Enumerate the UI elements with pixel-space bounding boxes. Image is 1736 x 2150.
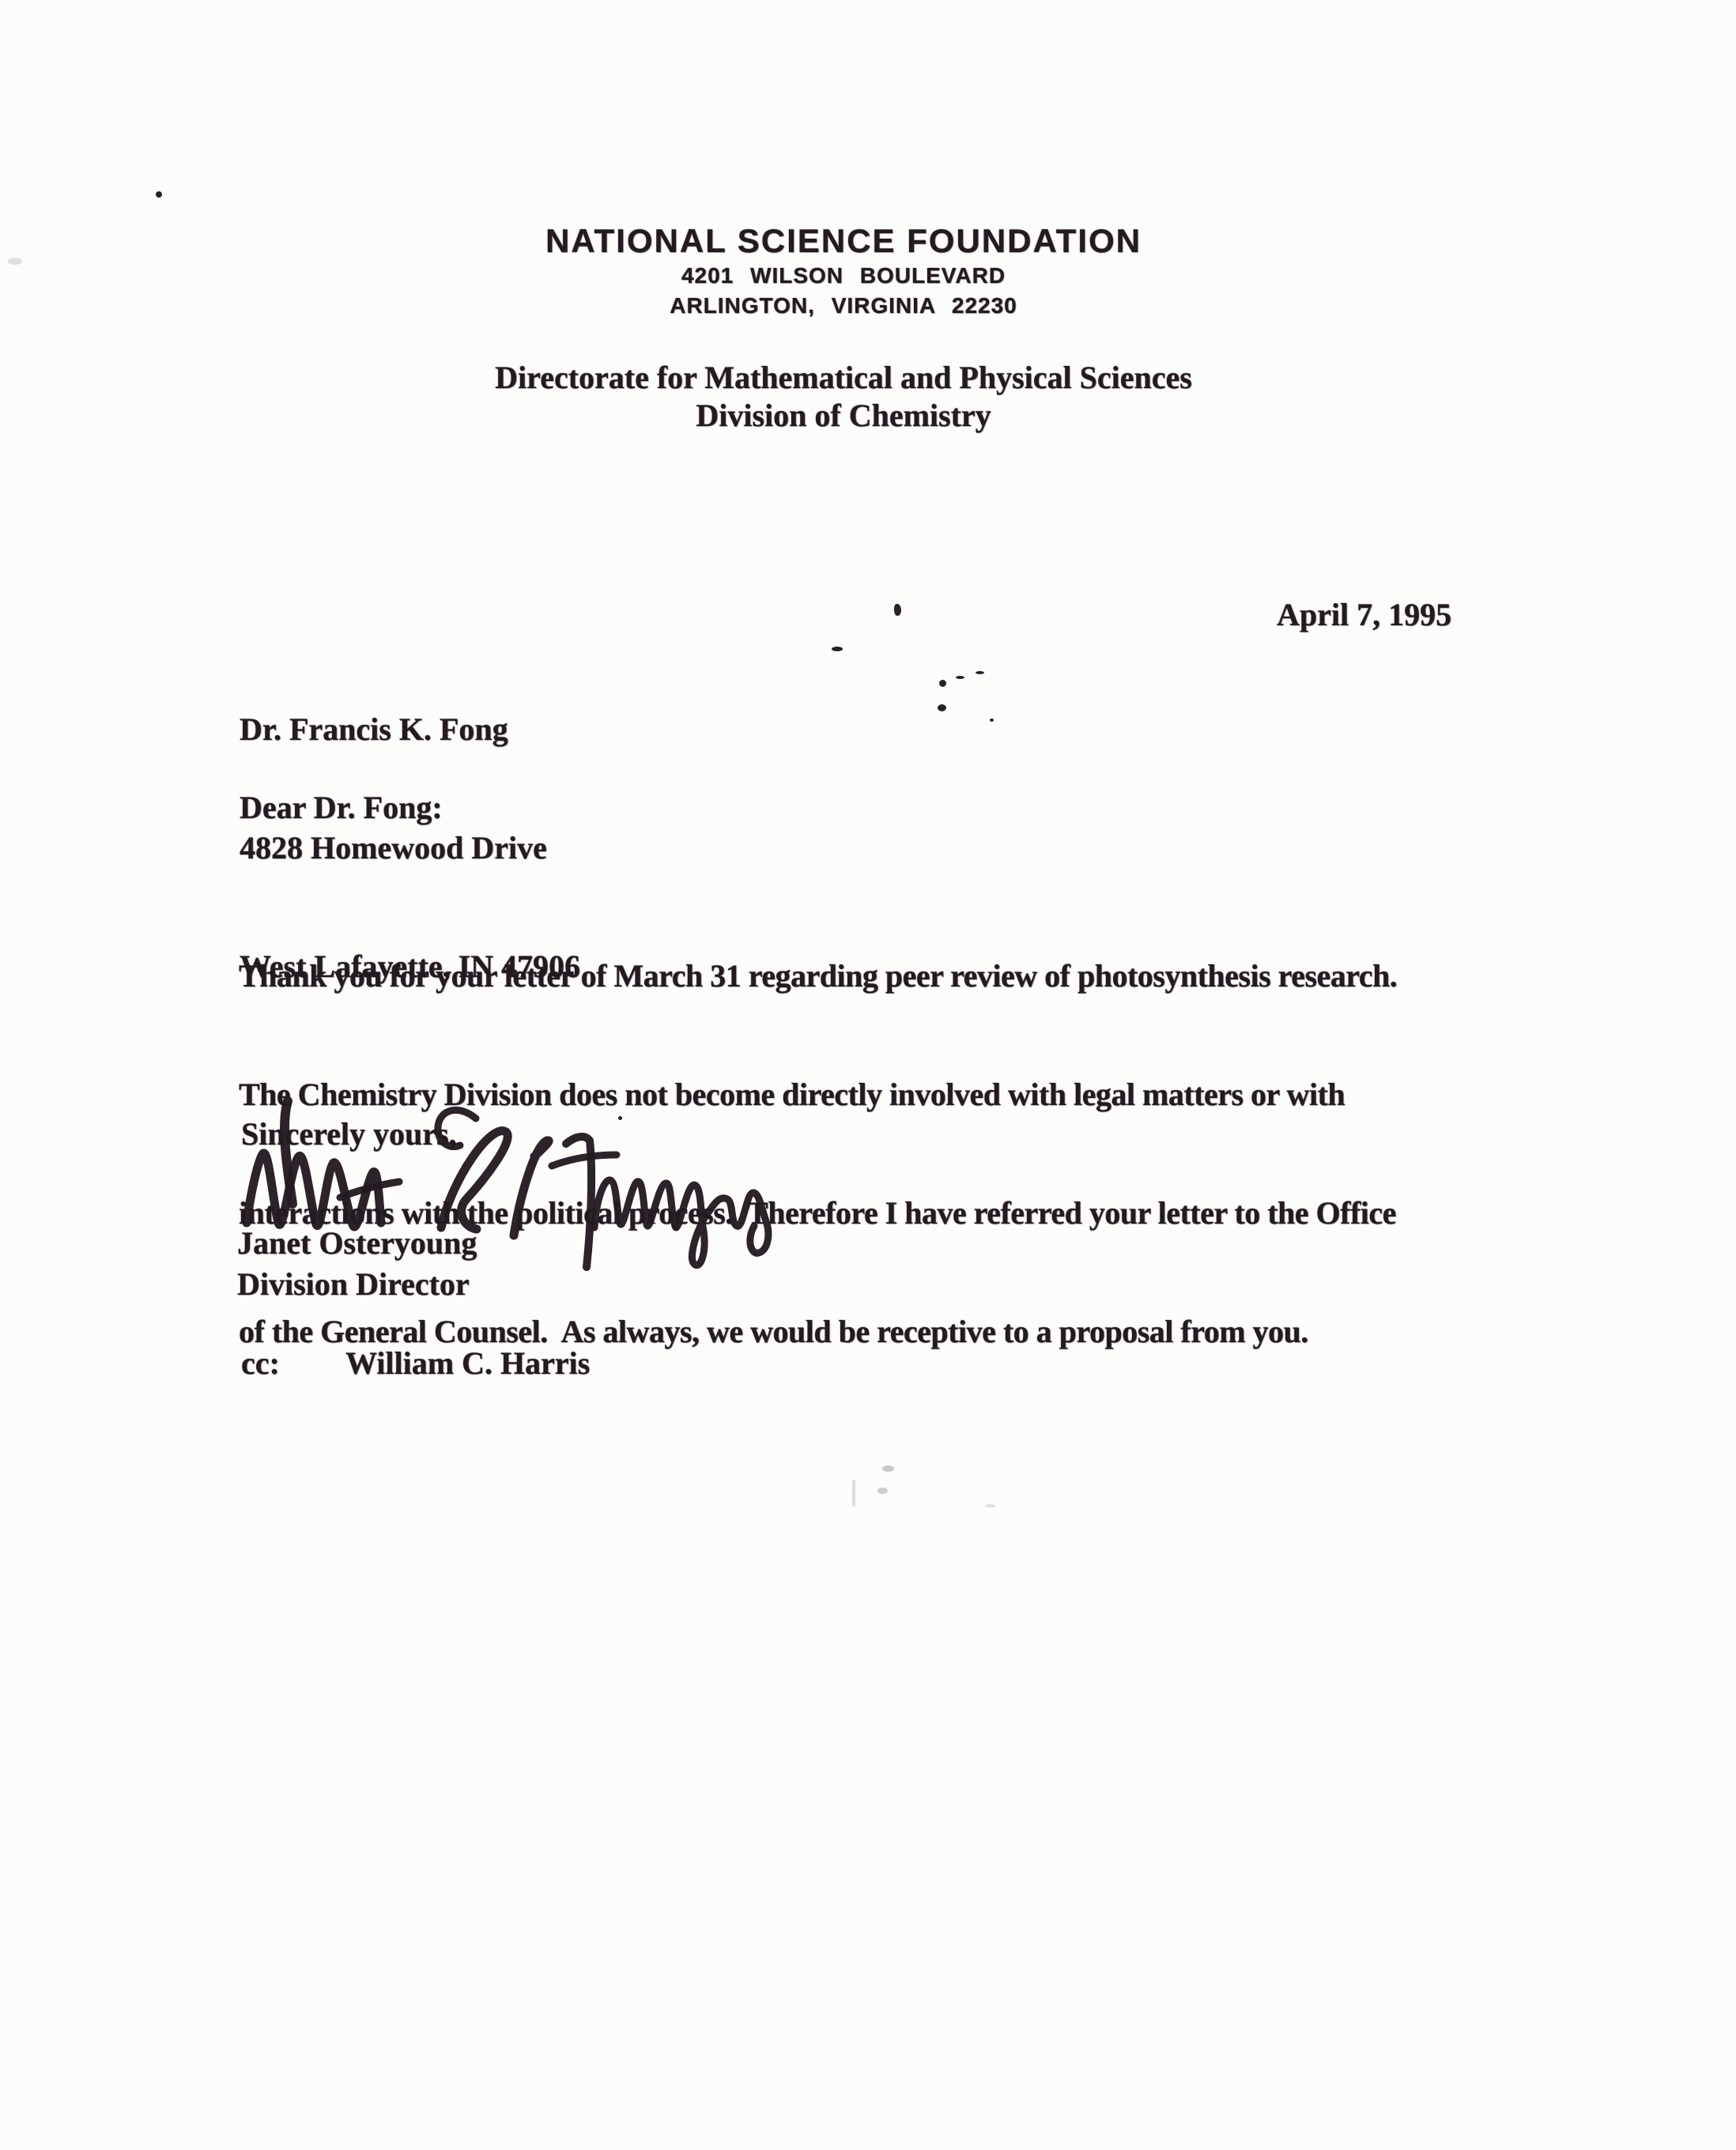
division-line: Division of Chemistry: [0, 400, 1711, 432]
ink-speck: [618, 1116, 622, 1120]
ink-speck: [938, 704, 946, 711]
cc-label: cc:: [241, 1348, 280, 1379]
smudge-mark: [882, 1465, 894, 1472]
smudge-mark: [852, 1480, 855, 1507]
letter-page: NATIONAL SCIENCE FOUNDATION 4201 WILSON …: [0, 0, 1736, 2150]
ink-speck: [976, 671, 984, 674]
ink-speck: [832, 647, 843, 651]
smudge-mark: [985, 1504, 996, 1507]
org-name: NATIONAL SCIENCE FOUNDATION: [0, 224, 1711, 258]
signer-title: Division Director: [237, 1269, 470, 1300]
ink-speck: [939, 680, 946, 687]
ink-speck: [990, 719, 994, 722]
ink-speck: [156, 191, 162, 198]
org-address-street: 4201 WILSON BOULEVARD: [0, 265, 1711, 287]
body-line: Thank you for your letter of March 31 re…: [239, 956, 1397, 996]
directorate-line: Directorate for Mathematical and Physica…: [0, 362, 1711, 394]
ink-speck: [956, 676, 964, 679]
salutation: Dear Dr. Fong:: [240, 792, 443, 824]
ink-speck: [894, 604, 901, 616]
letter-date: April 7, 1995: [1277, 599, 1451, 631]
signer-name: Janet Osteryoung: [237, 1228, 477, 1259]
smudge-mark: [877, 1488, 888, 1494]
cc-name: William C. Harris: [345, 1348, 590, 1379]
smudge-mark: [8, 258, 22, 265]
recipient-street: 4828 Homewood Drive: [240, 828, 580, 868]
org-address-city: ARLINGTON, VIRGINIA 22230: [0, 295, 1711, 317]
recipient-name: Dr. Francis K. Fong: [240, 710, 580, 749]
